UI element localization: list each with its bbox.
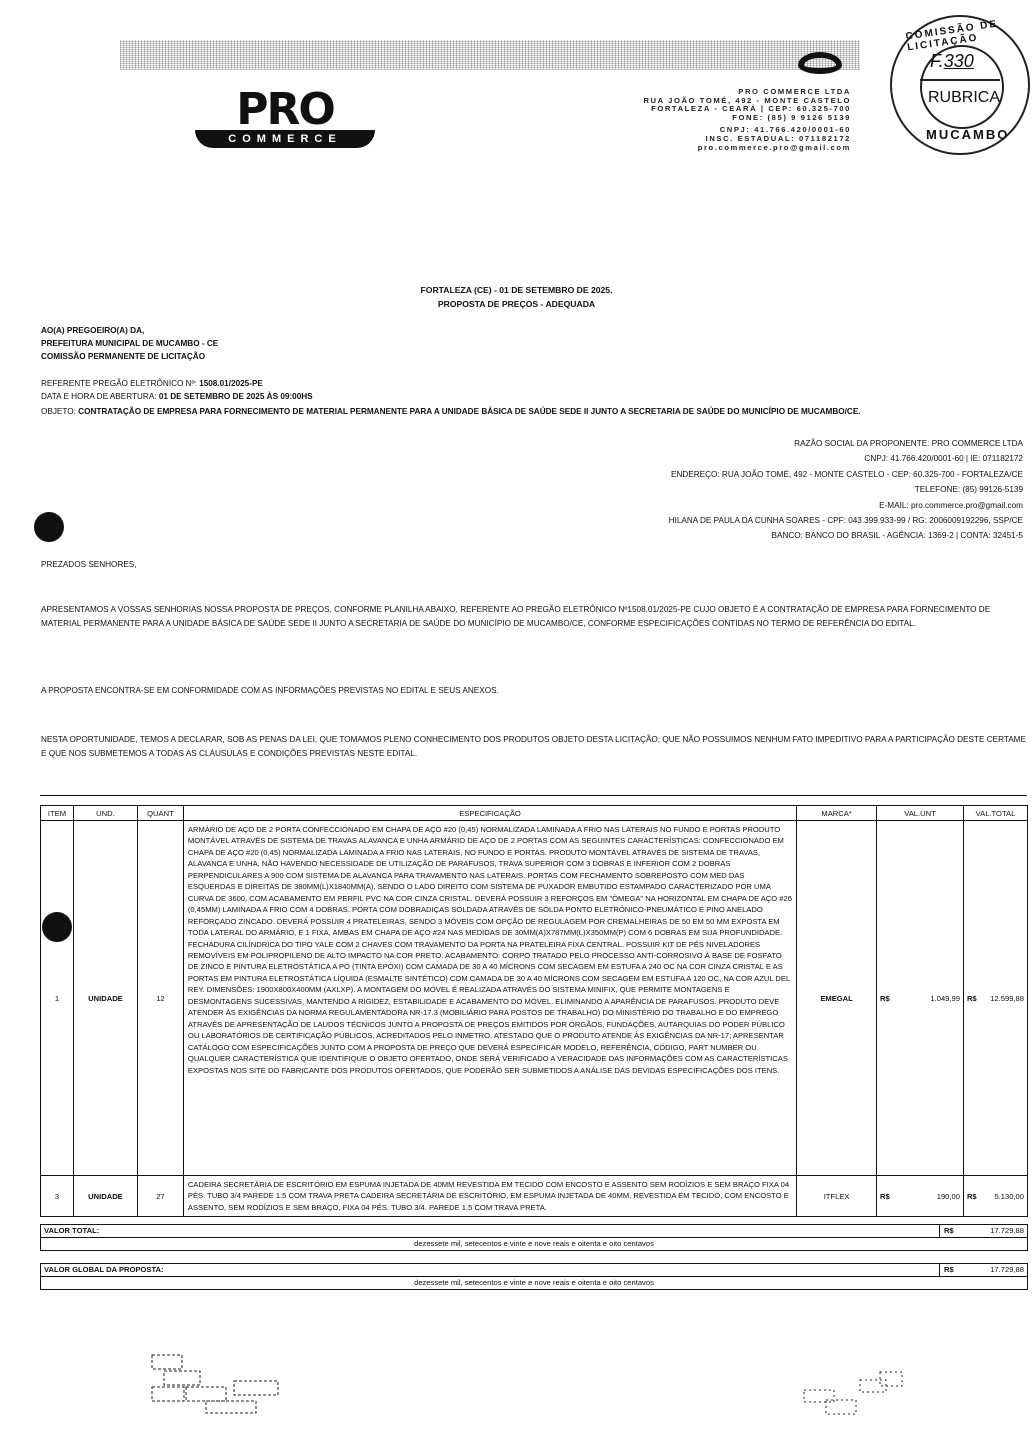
cell-qty: 27 (137, 1176, 183, 1217)
reference-label: REFERENTE PREGÃO ELETRÔNICO Nº: (41, 379, 197, 388)
proponent-line: E-MAIL: pro.commerce.pro@gmail.com (669, 498, 1023, 513)
proponent-line: BANCO: BANCO DO BRASIL - AGÊNCIA: 1369-2… (669, 528, 1023, 543)
letterhead-line: pro.commerce.pro@gmail.com (643, 144, 851, 153)
divider (40, 795, 1027, 796)
table-row: 3 UNIDADE 27 CADEIRA SECRETÁRIA DE ESCRI… (41, 1176, 1028, 1217)
global-amount: 17.729,88 (966, 1264, 1027, 1276)
currency-label: R$ (940, 1264, 966, 1276)
cell-total: R$12.599,88 (963, 821, 1027, 1176)
company-logo: PRO COMMERCE (190, 90, 380, 146)
currency-label: R$ (967, 994, 977, 1003)
cell-unit-price: R$1.049,99 (877, 821, 964, 1176)
col-qty: QUANT (137, 806, 183, 821)
object-line: OBJETO: CONTRATAÇÃO DE EMPRESA PARA FORN… (41, 405, 1031, 418)
table-row: 1 UNIDADE 12 ARMÁRIO DE AÇO DE 2 PORTA C… (41, 821, 1028, 1176)
global-in-words: dezessete mil, setecentos e vinte e nove… (41, 1277, 1027, 1289)
intro-paragraph: APRESENTAMOS A VOSSAS SENHORIAS NOSSA PR… (41, 603, 1016, 631)
col-unit: UND. (73, 806, 137, 821)
stamp-page-value: 330 (944, 51, 974, 71)
opening-label: DATA E HORA DE ABERTURA: (41, 392, 157, 401)
proponent-line: CNPJ: 41.766.420/0001-60 | IE: 071182172 (669, 451, 1023, 466)
stamp-signature-line (920, 79, 1000, 81)
bricks-decoration-icon (800, 1370, 910, 1420)
company-letterhead: PRO COMMERCE LTDA RUA JOÃO TOMÉ, 492 - M… (643, 88, 851, 152)
reference-line: REFERENTE PREGÃO ELETRÔNICO Nº: 1508.01/… (41, 377, 263, 390)
logo-subtitle: COMMERCE (195, 130, 375, 148)
heart-icon (798, 52, 842, 74)
total-in-words: dezessete mil, setecentos e vinte e nove… (41, 1238, 1027, 1250)
greeting: PREZADOS SENHORES, (41, 558, 137, 571)
global-summary: VALOR GLOBAL DA PROPOSTA: R$ 17.729,88 d… (40, 1263, 1028, 1290)
currency-label: R$ (880, 1192, 890, 1201)
total-summary: VALOR TOTAL: R$ 17.729,88 dezessete mil,… (40, 1224, 1028, 1251)
cell-unit-price: R$190,00 (877, 1176, 964, 1217)
total-value: 12.599,88 (990, 994, 1024, 1003)
currency-label: R$ (967, 1192, 977, 1201)
proponent-info: RAZÃO SOCIAL DA PROPONENTE: PRO COMMERCE… (669, 436, 1023, 544)
cell-item: 1 (41, 821, 74, 1176)
cell-unit: UNIDADE (73, 1176, 137, 1217)
total-amount: 17.729,88 (966, 1225, 1027, 1237)
global-label: VALOR GLOBAL DA PROPOSTA: (41, 1264, 940, 1276)
conformity-paragraph: A PROPOSTA ENCONTRA-SE EM CONFORMIDADE C… (41, 684, 499, 697)
unit-price-value: 1.049,99 (930, 994, 960, 1003)
addressee-line: AO(A) PREGOEIRO(A) DA, (41, 324, 218, 337)
proponent-line: RAZÃO SOCIAL DA PROPONENTE: PRO COMMERCE… (669, 436, 1023, 451)
proponent-line: ENDEREÇO: RUA JOÃO TOMÉ, 492 - MONTE CAS… (669, 467, 1023, 482)
cell-brand: ITFLEX (797, 1176, 877, 1217)
bricks-decoration-icon (150, 1345, 280, 1415)
total-value: 5.130,00 (994, 1192, 1024, 1201)
cell-item: 3 (41, 1176, 74, 1217)
col-brand: MARCA* (797, 806, 877, 821)
addressee-block: AO(A) PREGOEIRO(A) DA, PREFEITURA MUNICI… (41, 324, 218, 363)
addressee-line: COMISSÃO PERMANENTE DE LICITAÇÃO (41, 350, 218, 363)
object-value: CONTRATAÇÃO DE EMPRESA PARA FORNECIMENTO… (78, 407, 860, 416)
total-label: VALOR TOTAL: (41, 1225, 940, 1237)
unit-price-value: 190,00 (937, 1192, 960, 1201)
cell-unit: UNIDADE (73, 821, 137, 1176)
col-total: VAL.TOTAL (963, 806, 1027, 821)
scan-noise-strip (120, 40, 860, 70)
reference-value: 1508.01/2025-PE (199, 379, 263, 388)
cell-qty: 12 (137, 821, 183, 1176)
currency-label: R$ (880, 994, 890, 1003)
commission-stamp: COMISSÃO DE LICITAÇÃO F.330 RUBRICA MUCA… (890, 15, 1030, 155)
object-label: OBJETO: (41, 407, 76, 416)
stamp-label: RUBRICA (928, 89, 1000, 107)
place-date: FORTALEZA (CE) - 01 DE SETEMBRO DE 2025. (0, 285, 1033, 295)
stamp-page-number: F.330 (930, 51, 974, 72)
declaration-paragraph: NESTA OPORTUNIDADE, TEMOS A DECLARAR, SO… (41, 733, 1026, 761)
cell-spec: ARMÁRIO DE AÇO DE 2 PORTA CONFECCIONADO … (183, 821, 796, 1176)
logo-wordmark: PRO (190, 90, 380, 130)
cell-brand: EMEGAL (797, 821, 877, 1176)
col-item: ITEM (41, 806, 74, 821)
cell-spec: CADEIRA SECRETÁRIA DE ESCRITÓRIO EM ESPU… (183, 1176, 796, 1217)
opening-value: 01 DE SETEMBRO DE 2025 ÀS 09:00HS (159, 392, 313, 401)
table-header-row: ITEM UND. QUANT ESPECIFICAÇÃO MARCA* VAL… (41, 806, 1028, 821)
col-spec: ESPECIFICAÇÃO (183, 806, 796, 821)
col-unit-price: VAL.UNT (877, 806, 964, 821)
punch-hole (34, 512, 64, 542)
opening-line: DATA E HORA DE ABERTURA: 01 DE SETEMBRO … (41, 390, 313, 403)
stamp-page-prefix: F. (930, 51, 944, 71)
cell-total: R$5.130,00 (963, 1176, 1027, 1217)
letterhead-line: FONE: (85) 9 9126 5139 (643, 114, 851, 123)
stamp-bottom-text: MUCAMBO (926, 127, 1009, 142)
proposal-table: ITEM UND. QUANT ESPECIFICAÇÃO MARCA* VAL… (40, 805, 1028, 1217)
document-title: PROPOSTA DE PREÇOS - ADEQUADA (0, 299, 1033, 309)
currency-label: R$ (940, 1225, 966, 1237)
proponent-line: TELEFONE: (85) 99126-5139 (669, 482, 1023, 497)
addressee-line: PREFEITURA MUNICIPAL DE MUCAMBO - CE (41, 337, 218, 350)
proponent-line: HILANA DE PAULA DA CUNHA SOARES - CPF: 0… (669, 513, 1023, 528)
